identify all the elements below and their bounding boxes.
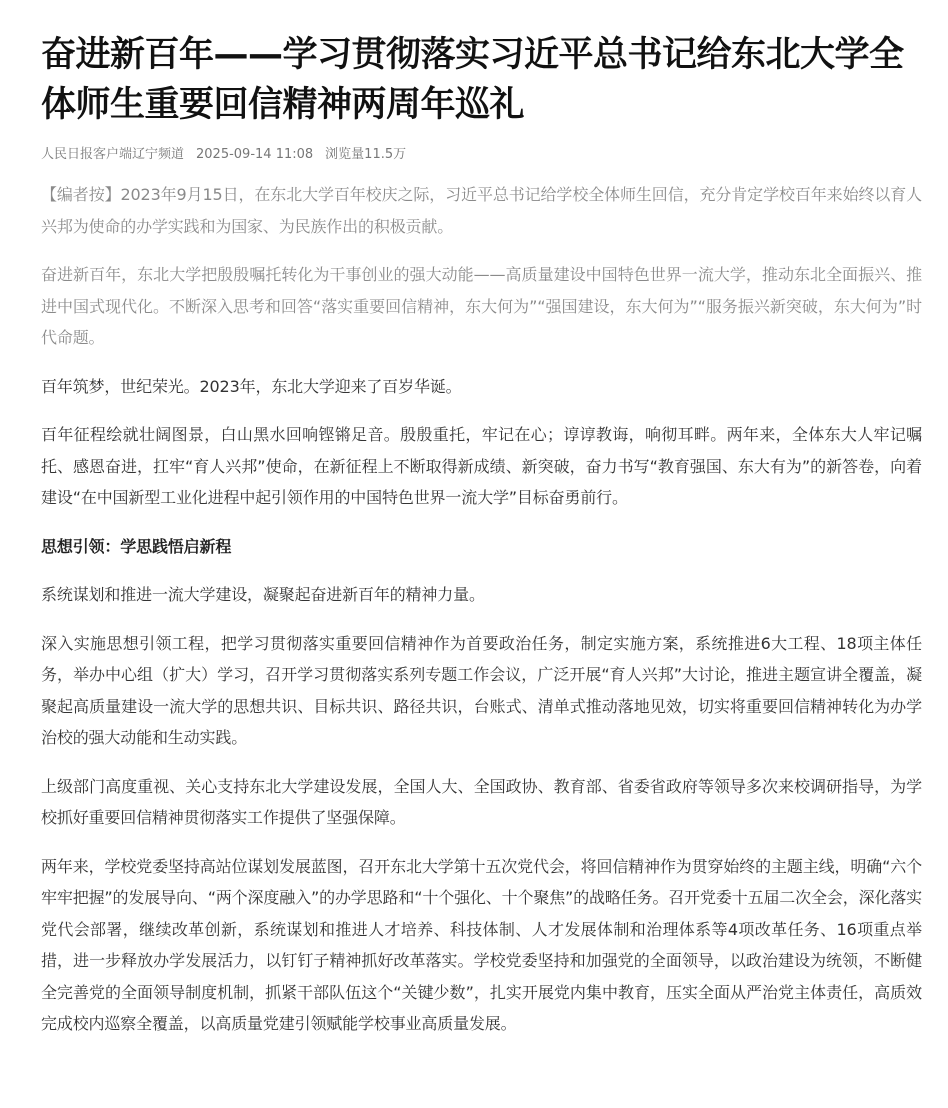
body-paragraph: 系统谋划和推进一流大学建设，凝聚起奋进新百年的精神力量。 <box>41 579 922 611</box>
article: 奋进新百年——学习贯彻落实习近平总书记给东北大学全体师生重要回信精神两周年巡礼 … <box>0 0 948 1040</box>
editor-note-paragraph: 【编者按】2023年9月15日，在东北大学百年校庆之际，习近平总书记给学校全体师… <box>41 179 922 242</box>
body-paragraph: 百年筑梦，世纪荣光。2023年，东北大学迎来了百岁华诞。 <box>41 371 922 403</box>
body-paragraph: 百年征程绘就壮阔图景，白山黑水回响铿锵足音。殷殷重托，牢记在心；谆谆教诲，响彻耳… <box>41 419 922 514</box>
article-source[interactable]: 人民日报客户端辽宁频道 <box>41 145 184 165</box>
body-paragraph: 上级部门高度重视、关心支持东北大学建设发展，全国人大、全国政协、教育部、省委省政… <box>41 771 922 834</box>
body-paragraph: 深入实施思想引领工程，把学习贯彻落实重要回信精神作为首要政治任务，制定实施方案，… <box>41 628 922 754</box>
section-heading: 思想引领：学思践悟启新程 <box>41 531 922 563</box>
editor-note-paragraph: 奋进新百年，东北大学把殷殷嘱托转化为干事创业的强大动能——高质量建设中国特色世界… <box>41 259 922 354</box>
article-datetime: 2025-09-14 11:08 <box>196 145 313 165</box>
article-meta: 人民日报客户端辽宁频道 2025-09-14 11:08 浏览量11.5万 <box>41 145 922 165</box>
article-title: 奋进新百年——学习贯彻落实习近平总书记给东北大学全体师生重要回信精神两周年巡礼 <box>41 30 922 130</box>
article-body: 【编者按】2023年9月15日，在东北大学百年校庆之际，习近平总书记给学校全体师… <box>41 179 922 1040</box>
article-views: 浏览量11.5万 <box>325 145 406 165</box>
body-paragraph: 两年来，学校党委坚持高站位谋划发展蓝图，召开东北大学第十五次党代会，将回信精神作… <box>41 851 922 1040</box>
